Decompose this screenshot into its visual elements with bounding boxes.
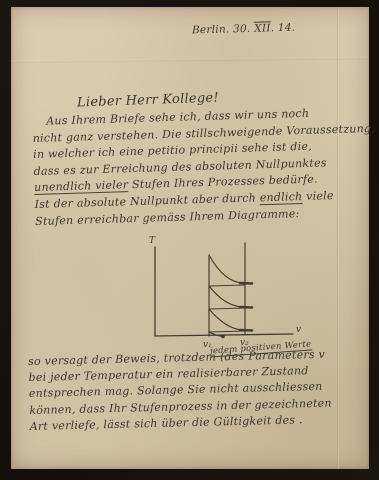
adiabat-curve [209, 286, 244, 307]
x-axis-label: v [296, 325, 301, 335]
endpoint-dot [221, 335, 225, 339]
dateline: Berlin. 30. XII. 14. [192, 22, 296, 37]
y-axis-label: T [149, 236, 156, 246]
ink-blob [240, 307, 252, 308]
salutation: Lieber Herr Kollege! [77, 91, 219, 111]
isotherm-step [209, 285, 245, 286]
paragraph-2: so versagt der Beweis, trotzdem (des Par… [28, 346, 364, 435]
letter-page: Berlin. 30. XII. 14. Lieber Herr Kollege… [11, 7, 369, 469]
paper-fold-crease [11, 57, 369, 63]
paragraph-1: Aus Ihrem Briefe sehe ich, dass wir uns … [32, 104, 361, 230]
adiabat-curve [209, 255, 244, 283]
ink-blob [240, 283, 252, 284]
ink-blob [240, 330, 252, 331]
scan-background: Berlin. 30. XII. 14. Lieber Herr Kollege… [0, 0, 379, 480]
adiabat-curve [209, 309, 244, 330]
